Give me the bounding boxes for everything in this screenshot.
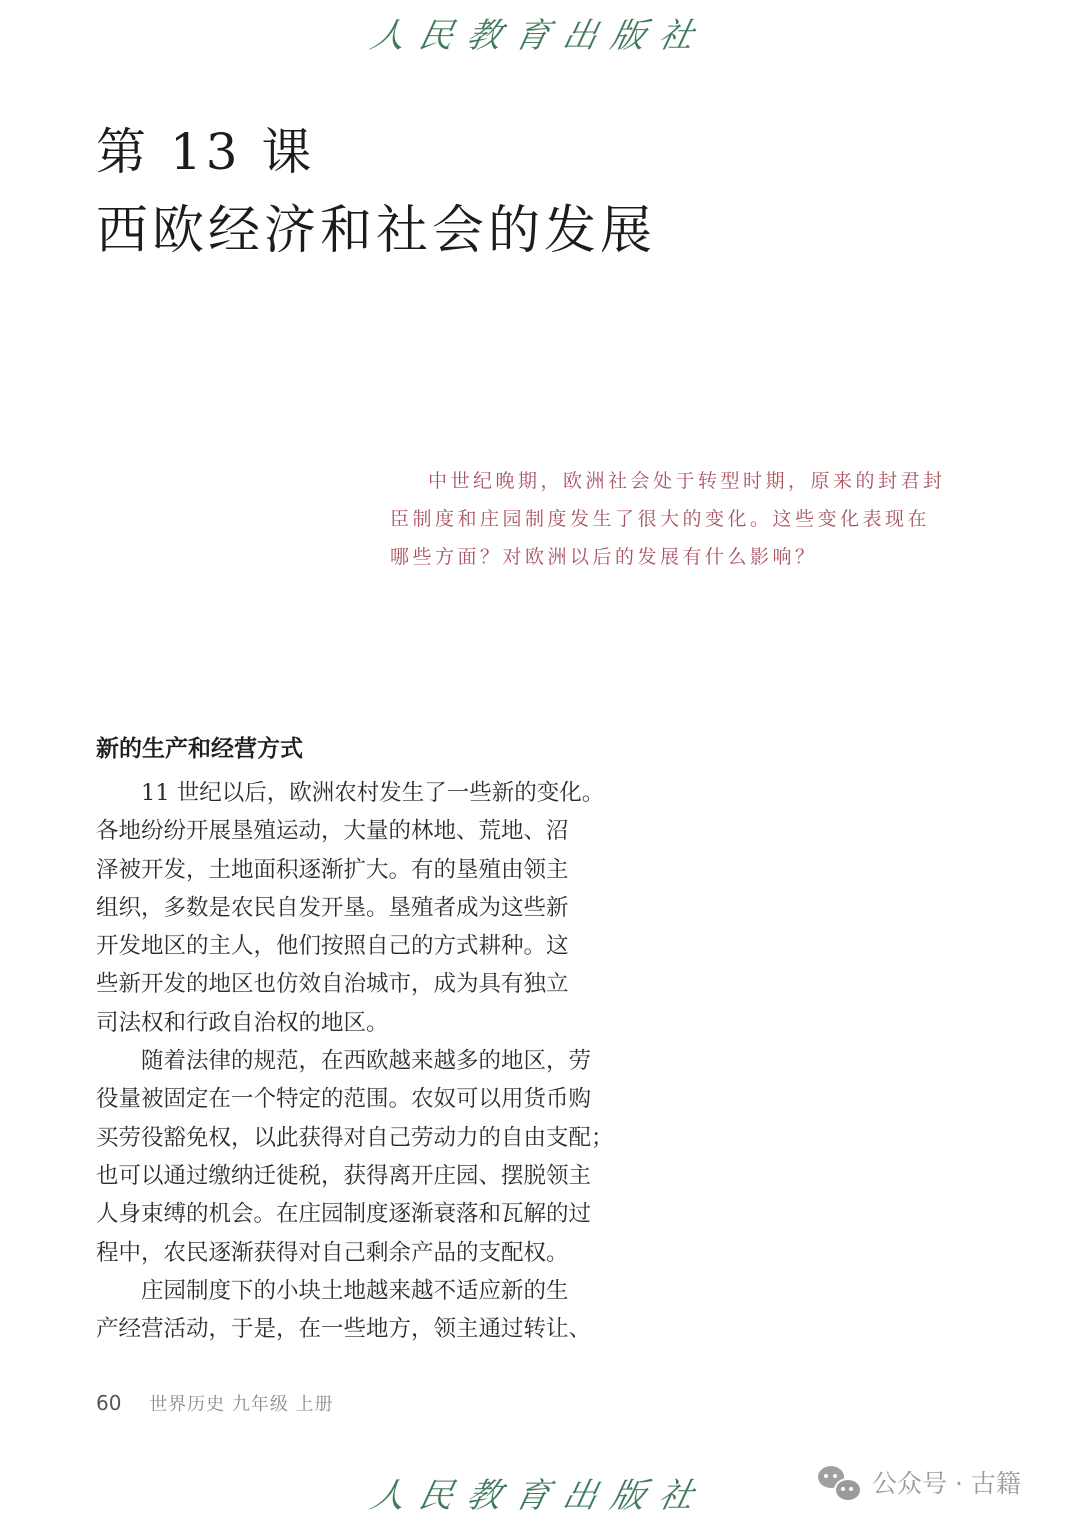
- text-line: 也可以通过缴纳迁徙税，获得离开庄园、摆脱领主: [96, 1157, 648, 1195]
- page-number: 60: [96, 1391, 121, 1415]
- intro-text: 中世纪晚期，欧洲社会处于转型时期，原来的封君封臣制度和庄园制度发生了很大的变化。…: [390, 462, 946, 576]
- text-line: 11 世纪以后，欧洲农村发生了一些新的变化。: [96, 774, 648, 812]
- text-line: 泽被开发，土地面积逐渐扩大。有的垦殖由领主: [96, 851, 648, 889]
- publisher-logo-header: 人民教育出版社: [0, 8, 1080, 57]
- text-line: 组织，多数是农民自发开垦。垦殖者成为这些新: [96, 889, 648, 927]
- text-line: 产经营活动，于是，在一些地方，领主通过转让、: [96, 1310, 648, 1348]
- paragraph: 随着法律的规范，在西欧越来越多的地区，劳 役量被固定在一个特定的范围。农奴可以用…: [96, 1042, 648, 1272]
- text-line: 随着法律的规范，在西欧越来越多的地区，劳: [96, 1042, 648, 1080]
- section-heading: 新的生产和经营方式: [96, 730, 303, 763]
- body-text: 11 世纪以后，欧洲农村发生了一些新的变化。 各地纷纷开展垦殖运动，大量的林地、…: [96, 774, 648, 1348]
- text-line: 役量被固定在一个特定的范围。农奴可以用货币购: [96, 1080, 648, 1118]
- text-line: 开发地区的主人，他们按照自己的方式耕种。这: [96, 927, 648, 965]
- page-footer: 60 世界历史 九年级 上册: [96, 1390, 334, 1416]
- lesson-title: 西欧经济和社会的发展: [96, 188, 656, 263]
- lesson-intro: 中世纪晚期，欧洲社会处于转型时期，原来的封君封臣制度和庄园制度发生了很大的变化。…: [390, 462, 946, 576]
- wechat-icon: [818, 1464, 862, 1500]
- text-line: 些新开发的地区也仿效自治城市，成为具有独立: [96, 965, 648, 1003]
- watermark-text: 公众号 · 古籍: [872, 1464, 1021, 1500]
- book-title: 世界历史 九年级 上册: [149, 1394, 333, 1415]
- lesson-number: 第 13 课: [96, 112, 315, 184]
- text-line: 庄园制度下的小块土地越来越不适应新的生: [96, 1272, 648, 1310]
- text-line: 程中，农民逐渐获得对自己剩余产品的支配权。: [96, 1234, 648, 1272]
- paragraph: 庄园制度下的小块土地越来越不适应新的生 产经营活动，于是，在一些地方，领主通过转…: [96, 1272, 648, 1349]
- text-line: 司法权和行政自治权的地区。: [96, 1004, 648, 1042]
- text-line: 人身束缚的机会。在庄园制度逐渐衰落和瓦解的过: [96, 1195, 648, 1233]
- text-line: 各地纷纷开展垦殖运动，大量的林地、荒地、沼: [96, 812, 648, 850]
- paragraph: 11 世纪以后，欧洲农村发生了一些新的变化。 各地纷纷开展垦殖运动，大量的林地、…: [96, 774, 648, 1042]
- wechat-watermark: 公众号 · 古籍: [818, 1464, 1021, 1500]
- text-line: 买劳役豁免权，以此获得对自己劳动力的自由支配；: [96, 1119, 648, 1157]
